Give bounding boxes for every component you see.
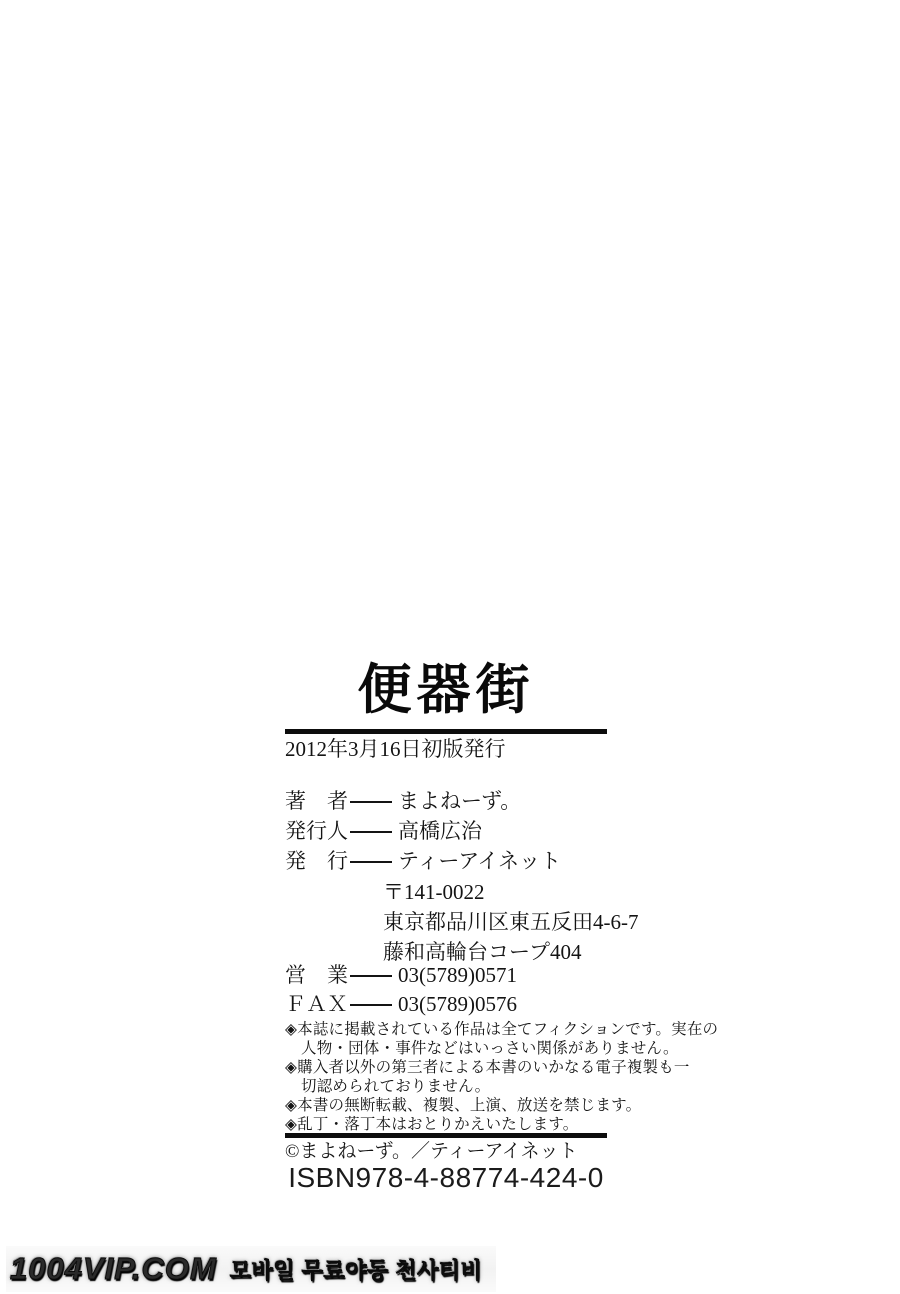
note-line: ◈購入者以外の第三者による本書のいかなる電子複製も一 — [285, 1058, 607, 1077]
note-line-continuation: 切認められておりません。 — [285, 1077, 607, 1096]
contact-row-fax: ＦＡＸ03(5789)0576 — [285, 990, 607, 1019]
colophon-rows: 著 者まよねーず。 発行人高橋広治 発 行ティーアイネット — [285, 786, 607, 876]
note-line: ◈乱丁・落丁本はおとりかえいたします。 — [285, 1115, 607, 1134]
author-label: 著 者 — [285, 786, 348, 816]
author-value: まよねーず。 — [398, 789, 521, 813]
address-line-1: 東京都品川区東五反田4-6-7 — [383, 907, 705, 937]
contact-rows: 営 業03(5789)0571 ＦＡＸ03(5789)0576 — [285, 961, 607, 1019]
note-line: ◈本書の無断転載、複製、上演、放送を禁じます。 — [285, 1096, 607, 1115]
scanned-colophon-page: 便器街 2012年3月16日初版発行 著 者まよねーず。 発行人高橋広治 発 行… — [0, 0, 900, 1294]
disclaimer-notes: ◈本誌に掲載されている作品は全てフィクションです。実在の 人物・団体・事件などは… — [285, 1020, 607, 1134]
bottom-divider-rule — [285, 1133, 607, 1138]
isbn-number: ISBN978-4-88774-424-0 — [285, 1162, 607, 1194]
leader-line — [350, 831, 392, 833]
leader-line — [350, 861, 392, 863]
note-line: ◈本誌に掲載されている作品は全てフィクションです。実在の — [285, 1020, 607, 1039]
publisher-person-value: 高橋広治 — [398, 819, 482, 843]
sales-label: 営 業 — [285, 961, 348, 990]
book-title: 便器街 — [285, 662, 607, 718]
watermark-site-text: 1004VIP.COM — [10, 1251, 217, 1287]
colophon-row-publisher-person: 発行人高橋広治 — [285, 816, 607, 846]
watermark-banner: 1004VIP.COM 모바일 무료야동 천사티비 — [6, 1246, 496, 1292]
publisher-value: ティーアイネット — [398, 849, 561, 873]
publisher-person-label: 発行人 — [285, 816, 348, 846]
leader-line — [350, 1004, 392, 1006]
fax-label: ＦＡＸ — [285, 990, 348, 1019]
leader-line — [350, 801, 392, 803]
publisher-label: 発 行 — [285, 846, 348, 876]
sales-phone: 03(5789)0571 — [398, 963, 517, 987]
postal-code: 〒141-0022 — [383, 877, 705, 907]
colophon-row-author: 著 者まよねーず。 — [285, 786, 607, 816]
title-divider-rule — [285, 729, 607, 734]
fax-number: 03(5789)0576 — [398, 992, 517, 1016]
contact-row-sales: 営 業03(5789)0571 — [285, 961, 607, 990]
note-line-continuation: 人物・団体・事件などはいっさい関係がありません。 — [285, 1039, 607, 1058]
publisher-address: 〒141-0022 東京都品川区東五反田4-6-7 藤和高輪台コープ404 — [285, 877, 705, 967]
colophon-row-publisher: 発 行ティーアイネット — [285, 846, 607, 876]
copyright-line: ©まよねーず。／ティーアイネット — [285, 1140, 607, 1164]
watermark-tagline-text: 모바일 무료야동 천사티비 — [230, 1254, 483, 1285]
leader-line — [350, 975, 392, 977]
edition-date-line: 2012年3月16日初版発行 — [285, 736, 607, 762]
